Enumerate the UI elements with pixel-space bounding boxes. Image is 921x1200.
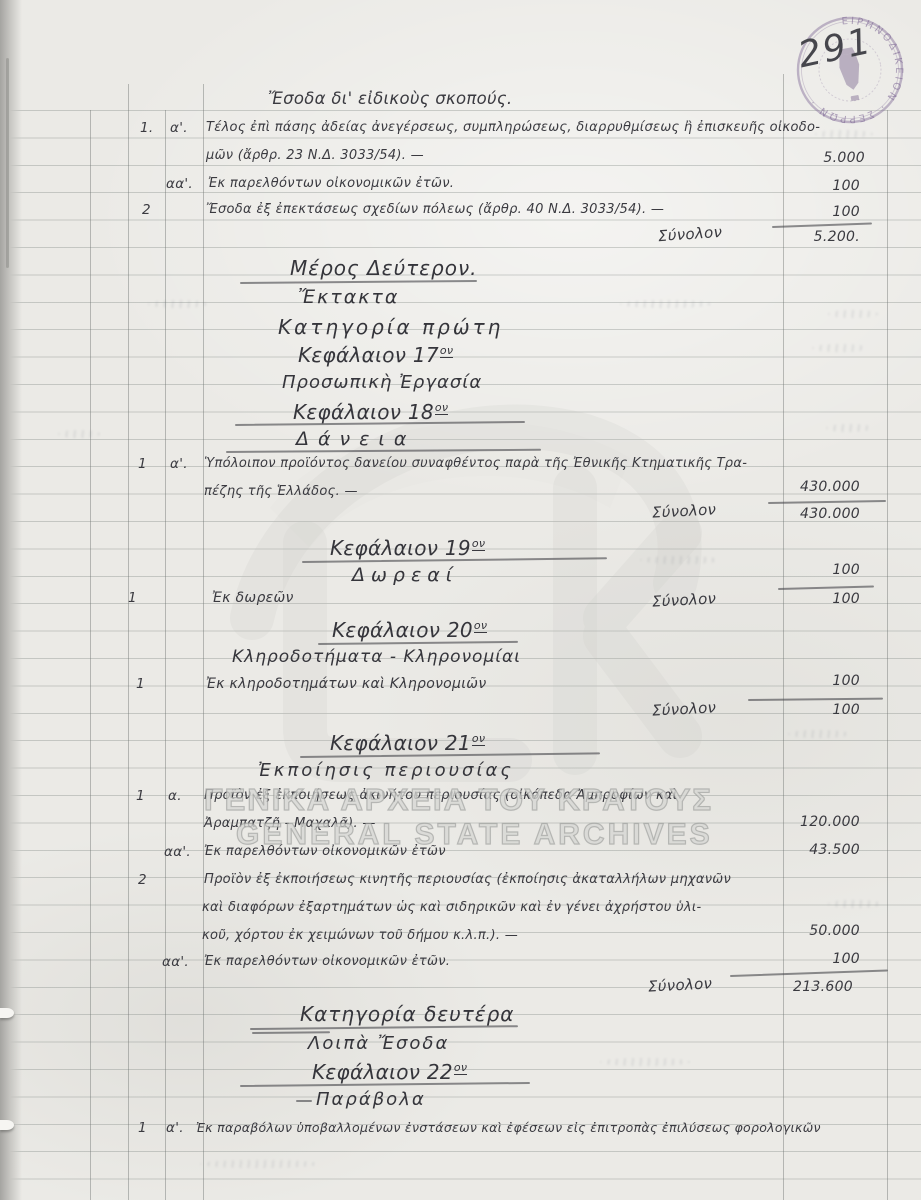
entry-text: καὶ διαφόρων ἐξαρτημάτων ὡς καὶ σιδηρικῶ… xyxy=(202,901,702,915)
bleed-through-ghost xyxy=(200,1160,320,1168)
sum-value: 430.000 xyxy=(755,507,860,522)
entry-text: πέζης τῆς Ἑλλάδος. — xyxy=(204,485,358,499)
part-subtitle: Ἔκτακτα xyxy=(298,287,399,308)
entry-subletter: αα'. xyxy=(166,177,193,192)
entry-value: 5.000 xyxy=(760,151,865,166)
entry-text: μῶν (ἄρθρ. 23 Ν.Δ. 3033/54). — xyxy=(206,149,424,163)
entry-text: κοῦ, χόρτου ἐκ χειμώνων τοῦ δήμου κ.λ.π.… xyxy=(202,929,518,943)
entry-subletter: α'. xyxy=(170,457,188,472)
entry-value: 100 xyxy=(755,952,860,967)
watermark-text-english: GENERAL STATE ARCHIVES xyxy=(236,818,713,852)
chapter-header: Κεφάλαιον 19ον xyxy=(330,537,485,559)
entry-text: Τέλος ἐπὶ πάσης ἀδείας ἀνεγέρσεως, συμπλ… xyxy=(206,121,820,135)
sum-value: 100 xyxy=(755,703,860,718)
entry-text: Προϊὸν ἐξ ἐκποιήσεως κινητῆς περιουσίας … xyxy=(204,873,731,887)
binding-mark xyxy=(6,58,9,268)
entry-number: 1 xyxy=(138,457,147,472)
chapter-header: Κεφάλαιον 17ον xyxy=(298,344,453,366)
paper-notch xyxy=(0,1008,14,1018)
chapter-header: Κεφάλαιον 20ον xyxy=(332,619,487,641)
entry-text: Ἐκ παρελθόντων οἰκονομικῶν ἐτῶν. xyxy=(204,955,450,969)
chapter-name: Δωρεαί xyxy=(352,565,458,586)
entry-value: 100 xyxy=(755,674,860,689)
bleed-through-ghost xyxy=(600,1058,690,1066)
sum-value: 100 xyxy=(755,592,860,607)
sum-value: 5.200. xyxy=(755,230,860,245)
bleed-through-ghost xyxy=(826,424,872,432)
column-line xyxy=(887,110,888,1200)
chapter-header: Κεφάλαιον 18ον xyxy=(293,401,448,423)
entry-text: Ἔσοδα ἐξ ἐπεκτάσεως σχεδίων πόλεως (ἄρθρ… xyxy=(206,203,664,217)
part-title: Μέρος Δεύτερον. xyxy=(290,257,477,279)
entry-text: Ὑπόλοιπον προϊόντος δανείου συναφθέντος … xyxy=(204,457,747,471)
category-name: Λοιπὰ Ἔσοδα xyxy=(308,1034,449,1054)
bleed-through-ghost xyxy=(148,300,208,308)
entry-value: 43.500 xyxy=(755,843,860,858)
bleed-through-ghost xyxy=(620,300,712,308)
chapter-name: Ἐκποίησις περιουσίας xyxy=(258,761,514,781)
entry-number: 2 xyxy=(138,873,147,888)
sum-label: Σύνολον xyxy=(648,975,713,995)
entry-subletter: α'. xyxy=(170,121,188,136)
entry-number: 1. xyxy=(140,121,153,136)
court-stamp: ΕΙΡΗΝΟΔΙΚΕΙΟΝ · ΣΕΡΡΩΝ · xyxy=(776,0,921,144)
sum-value: 213.600 xyxy=(748,980,853,995)
entry-subletter: αα'. xyxy=(162,955,189,970)
bleed-through-ghost xyxy=(58,430,100,438)
chapter-name: Παράβολα xyxy=(316,1090,426,1110)
entry-value: 100 xyxy=(755,179,860,194)
chapter-name: Προσωπικὴ Ἐργασία xyxy=(282,373,482,393)
sum-label: Σύνολον xyxy=(652,590,717,610)
bleed-through-ghost xyxy=(828,310,878,318)
entry-value: 100 xyxy=(755,563,860,578)
sum-label: Σύνολον xyxy=(652,501,717,521)
entry-value: 430.000 xyxy=(755,480,860,495)
entry-number: 1 xyxy=(136,677,145,692)
entry-number: 1 xyxy=(128,591,137,606)
entry-subletter: α. xyxy=(168,789,182,804)
bleed-through-ghost xyxy=(828,900,882,908)
sum-label: Σύνολον xyxy=(652,699,717,719)
bleed-through-ghost xyxy=(640,556,720,564)
category-header: Κατηγορία δευτέρα xyxy=(300,1003,514,1025)
chapter-header: Κεφάλαιον 21ον xyxy=(330,732,485,754)
bleed-through-ghost xyxy=(812,344,868,352)
paper-notch xyxy=(0,1120,14,1130)
column-line xyxy=(128,84,129,1200)
entry-value: 50.000 xyxy=(755,924,860,939)
entry-number: 1 xyxy=(138,1121,147,1136)
column-line xyxy=(165,110,166,1200)
hand-rule xyxy=(296,1100,312,1102)
entry-number: 1 xyxy=(136,789,145,804)
scanned-ledger-page: ΓΕΝΙΚΑ ΑΡΧΕΙΑ ΤΟΥ ΚΡΑΤΟΥΣ GENERAL STATE … xyxy=(0,0,921,1200)
chapter-header: Κεφάλαιον 22ον xyxy=(312,1061,467,1083)
chapter-name: Κληροδοτήματα - Κληρονομίαι xyxy=(232,648,521,667)
entry-value: 100 xyxy=(755,205,860,220)
entry-text: Ἐκ κληροδοτημάτων καὶ Κληρονομιῶν xyxy=(206,677,486,692)
watermark-text-greek: ΓΕΝΙΚΑ ΑΡΧΕΙΑ ΤΟΥ ΚΡΑΤΟΥΣ xyxy=(204,782,713,818)
scan-left-edge xyxy=(0,0,22,1200)
bleed-through-ghost xyxy=(788,730,850,738)
column-line xyxy=(90,110,91,1200)
entry-text: Ἐκ παρελθόντων οἰκονομικῶν ἐτῶν. xyxy=(208,177,454,191)
column-line xyxy=(203,84,204,1200)
entry-value: 120.000 xyxy=(755,815,860,830)
category-header: Κατηγορία πρώτη xyxy=(278,316,503,338)
section-heading: Ἔσοδα δι' εἰδικοὺς σκοπούς. xyxy=(268,90,512,108)
entry-subletter: αα'. xyxy=(164,845,191,860)
entry-subletter: α'. xyxy=(166,1121,184,1136)
entry-number: 2 xyxy=(142,203,151,218)
entry-text: Ἐκ παραβόλων ὑποβαλλομένων ἐνστάσεων καὶ… xyxy=(196,1121,821,1135)
entry-text: Ἐκ δωρεῶν xyxy=(212,591,294,606)
chapter-name: Δάνεια xyxy=(296,429,415,450)
